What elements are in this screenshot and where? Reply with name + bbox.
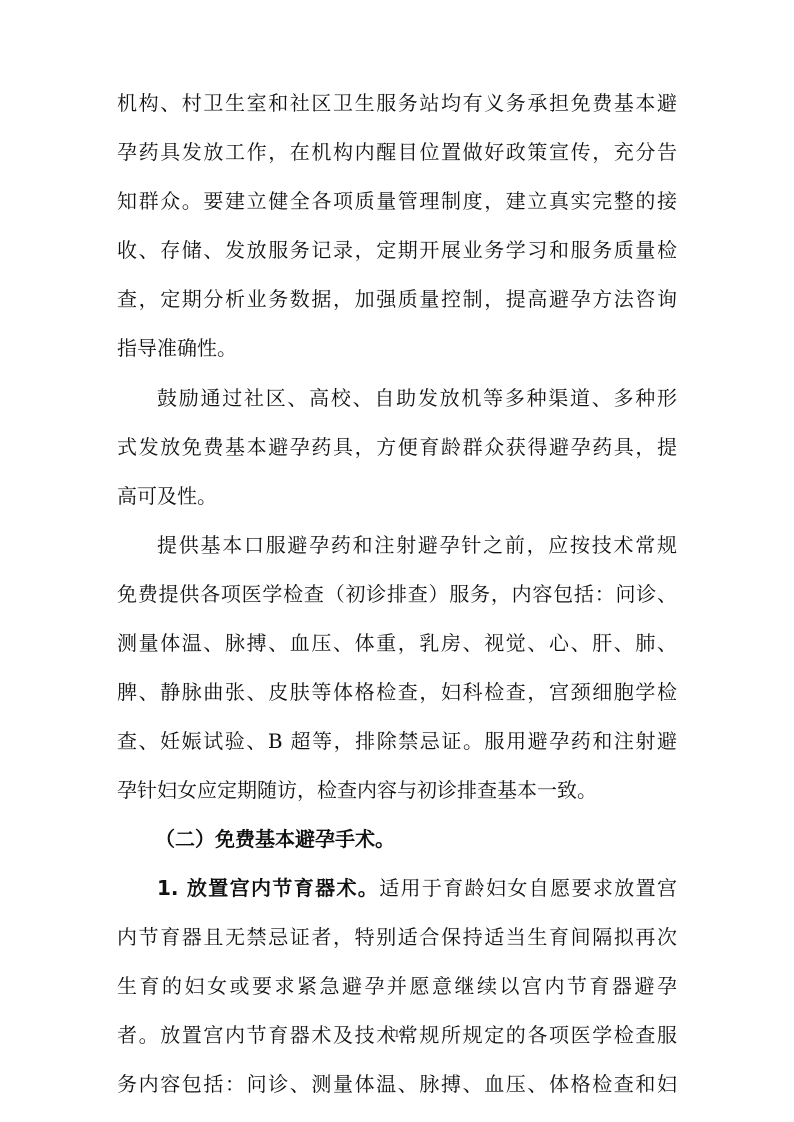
subsection-text: 适用于育龄妇女自愿要求放置宫 bbox=[379, 876, 677, 900]
paragraph-line: 孕针妇女应定期随访，检查内容与初诊排查基本一致。 bbox=[117, 775, 677, 805]
subsection-first-line: 1. 放置宫内节育器术。适用于育龄妇女自愿要求放置宫 bbox=[157, 873, 677, 903]
paragraph-line: 务内容包括：问诊、测量体温、脉搏、血压、体格检查和妇 bbox=[117, 1069, 677, 1099]
subsection-title: 1. 放置宫内节育器术。 bbox=[157, 876, 379, 900]
paragraph-line: 高可及性。 bbox=[117, 481, 677, 511]
paragraph-line: 内节育器且无禁忌证者，特别适合保持适当生育间隔拟再次 bbox=[117, 922, 677, 952]
paragraph-line: 鼓励通过社区、高校、自助发放机等多种渠道、多种形 bbox=[157, 383, 677, 413]
paragraph-line: 式发放免费基本避孕药具，方便育龄群众获得避孕药具，提 bbox=[117, 432, 677, 462]
paragraph-line: 脾、静脉曲张、皮肤等体格检查，妇科检查，宫颈细胞学检 bbox=[117, 677, 677, 707]
paragraph-line: 生育的妇女或要求紧急避孕并愿意继续以宫内节育器避孕 bbox=[117, 971, 677, 1001]
paragraph-line: 指导准确性。 bbox=[117, 333, 677, 363]
paragraph-line: 收、存储、发放服务记录，定期开展业务学习和服务质量检 bbox=[117, 235, 677, 265]
paragraph-line: 免费提供各项医学检查（初诊排查）服务，内容包括：问诊、 bbox=[117, 579, 677, 609]
paragraph-line: 知群众。要建立健全各项质量管理制度，建立真实完整的接 bbox=[117, 186, 677, 216]
paragraph-line: 提供基本口服避孕药和注射避孕针之前，应按技术常规 bbox=[157, 530, 677, 560]
paragraph-line: 孕药具发放工作，在机构内醒目位置做好政策宣传，充分告 bbox=[117, 137, 677, 167]
section-heading: （二）免费基本避孕手术。 bbox=[155, 824, 675, 854]
page-number: 114 bbox=[0, 1026, 794, 1041]
paragraph-line: 测量体温、脉搏、血压、体重，乳房、视觉、心、肝、肺、 bbox=[117, 628, 677, 658]
document-page: 机构、村卫生室和社区卫生服务站均有义务承担免费基本避 孕药具发放工作，在机构内醒… bbox=[0, 0, 794, 1122]
paragraph-line: 查、妊娠试验、B 超等，排除禁忌证。服用避孕药和注射避 bbox=[117, 726, 677, 756]
paragraph-line: 机构、村卫生室和社区卫生服务站均有义务承担免费基本避 bbox=[117, 88, 677, 118]
paragraph-line: 查，定期分析业务数据，加强质量控制，提高避孕方法咨询 bbox=[117, 284, 677, 314]
